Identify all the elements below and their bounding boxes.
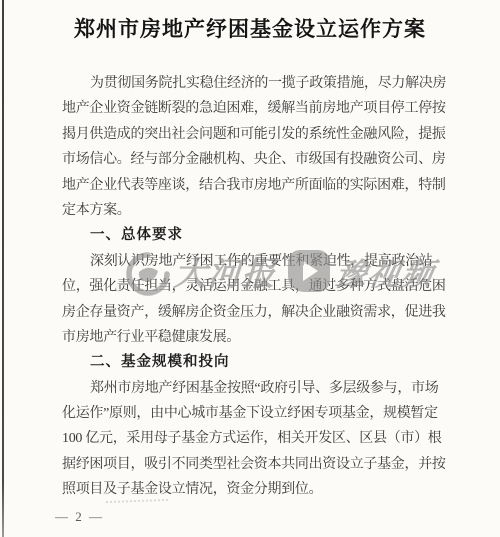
scan-edge-line [2, 0, 4, 537]
body-line: 郑州市房地产纾困基金按照“政府引导、多层级参与，市场 [62, 376, 454, 401]
scan-artifact [106, 499, 168, 507]
body-line: 房企存量资产，缓解房企资金压力，解决企业融资需求，促进我 [62, 300, 454, 325]
body-line: 地产企业代表等座谈，结合我市房地产所面临的实际困难，特制 [62, 173, 454, 198]
document-body: 为贯彻国务院扎实稳住经济的一揽子政策措施，尽力解决房 地产企业资金链断裂的急迫困… [62, 71, 454, 503]
scanned-document-page: 郑州市房地产纾困基金设立运作方案 为贯彻国务院扎实稳住经济的一揽子政策措施，尽力… [0, 0, 500, 537]
document-title: 郑州市房地产纾困基金设立运作方案 [0, 13, 500, 43]
body-line: 定本方案。 [62, 198, 454, 223]
section-heading-general-requirements: 一、总体要求 [62, 223, 454, 248]
body-line: 位，强化责任担当，灵活运用金融工具，通过多种方式盘活危困 [62, 274, 454, 299]
section-heading-fund-scale: 二、基金规模和投向 [62, 350, 454, 375]
body-line: 深刻认识房地产纾困工作的重要性和紧迫性，提高政治站 [62, 249, 454, 274]
body-line: 化运作”原则，由中心城市基金下设立纾困专项基金，规模暂定 [62, 401, 454, 426]
body-line: 100 亿元，采用母子基金方式运作，相关开发区、区县（市）根 [62, 426, 454, 451]
body-line: 市场信心。经与部分金融机构、央企、市级国有投融资公司、房 [62, 147, 454, 172]
page-number: — 2 — [55, 509, 104, 525]
body-line: 据纾困项目，吸引不同类型社会资本共同出资设立子基金，并按 [62, 452, 454, 477]
body-line: 为贯彻国务院扎实稳住经济的一揽子政策措施，尽力解决房 [62, 71, 454, 96]
body-line: 地产企业资金链断裂的急迫困难，缓解当前房地产项目停工停按 [62, 96, 454, 121]
body-line: 揭月供造成的突出社会问题和可能引发的系统性金融风险，提振 [62, 122, 454, 147]
body-line: 照项目及子基金设立情况，资金分期到位。 [62, 477, 454, 502]
body-line: 市房地产行业平稳健康发展。 [62, 325, 454, 350]
